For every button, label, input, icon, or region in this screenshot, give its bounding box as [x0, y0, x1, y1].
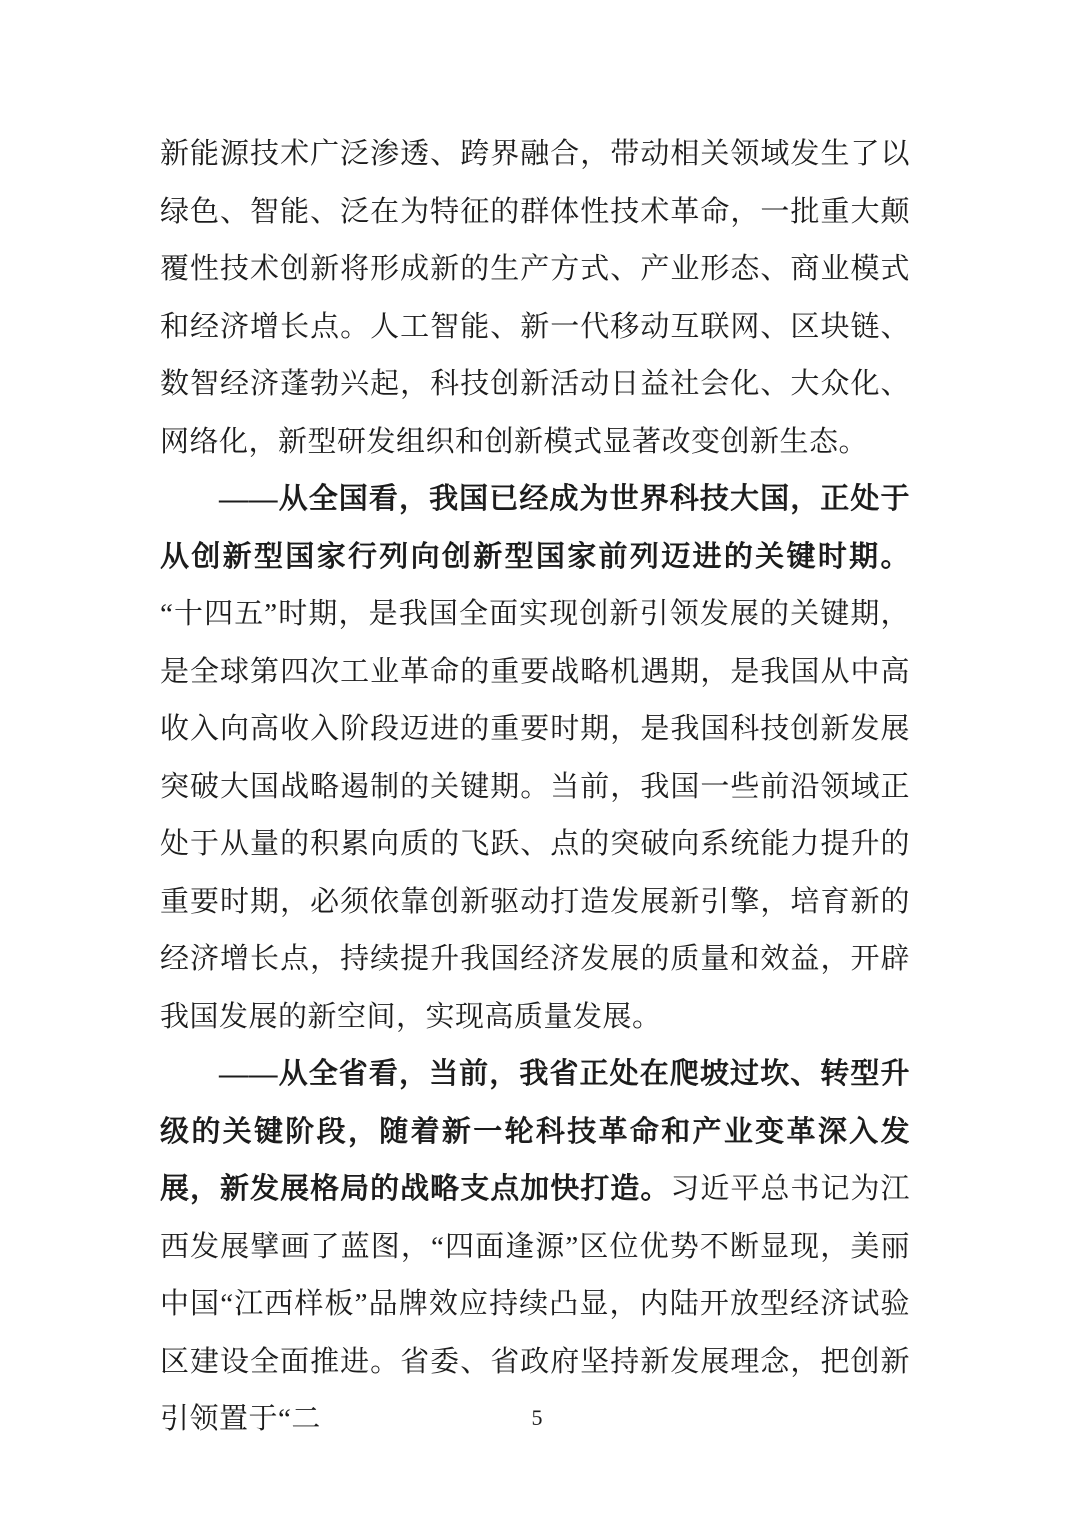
text-run: “十四五”时期，是我国全面实现创新引领发展的关键期，是全球第四次工业革命的重要战… — [160, 598, 910, 1033]
para-tech-revolution-continued: 新能源技术广泛渗透、跨界融合，带动相关领域发生了以绿色、智能、泛在为特征的群体性… — [160, 126, 910, 471]
page-number: 5 — [0, 1402, 1074, 1434]
para-provincial-view: ——从全省看，当前，我省正处在爬坡过坎、转型升级的关键阶段，随着新一轮科技革命和… — [160, 1046, 910, 1449]
document-page: 新能源技术广泛渗透、跨界融合，带动相关领域发生了以绿色、智能、泛在为特征的群体性… — [0, 0, 1074, 1520]
text-run: 习近平总书记为江西发展擘画了蓝图，“四面逢源”区位优势不断显现，美丽中国“江西样… — [160, 1173, 910, 1435]
document-body: 新能源技术广泛渗透、跨界融合，带动相关领域发生了以绿色、智能、泛在为特征的群体性… — [160, 126, 910, 1449]
para-national-view: ——从全国看，我国已经成为世界科技大国，正处于从创新型国家行列向创新型国家前列迈… — [160, 471, 910, 1046]
emphasis-text-run: ——从全国看，我国已经成为世界科技大国，正处于从创新型国家行列向创新型国家前列迈… — [160, 483, 910, 573]
text-run: 新能源技术广泛渗透、跨界融合，带动相关领域发生了以绿色、智能、泛在为特征的群体性… — [160, 138, 910, 458]
